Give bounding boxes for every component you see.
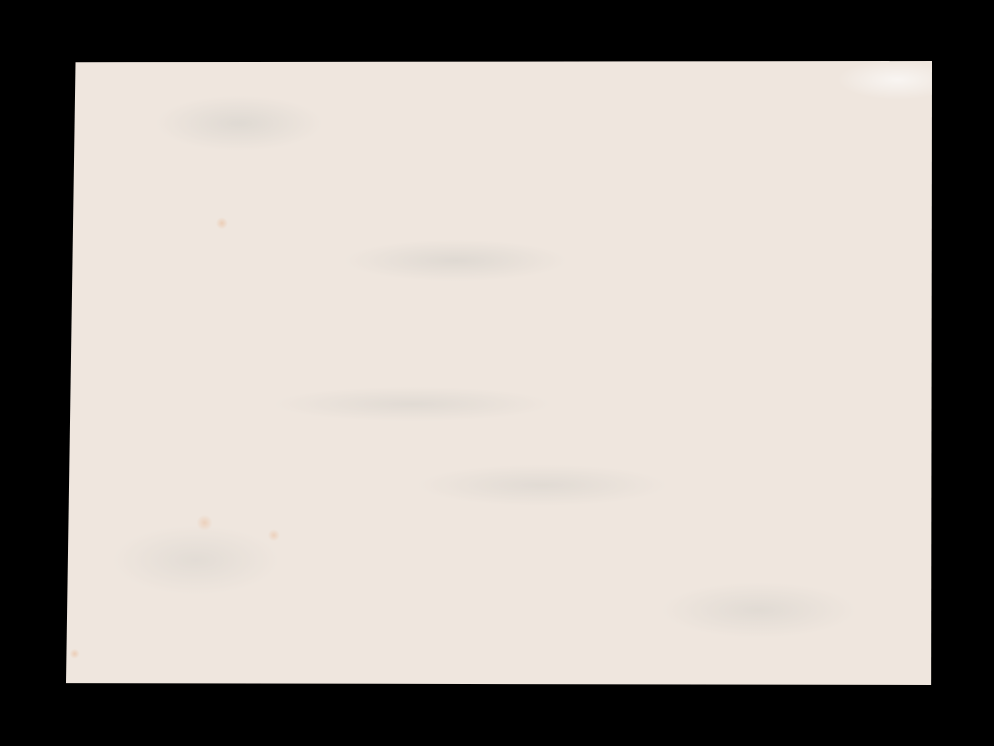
paper-sheet xyxy=(66,61,932,685)
